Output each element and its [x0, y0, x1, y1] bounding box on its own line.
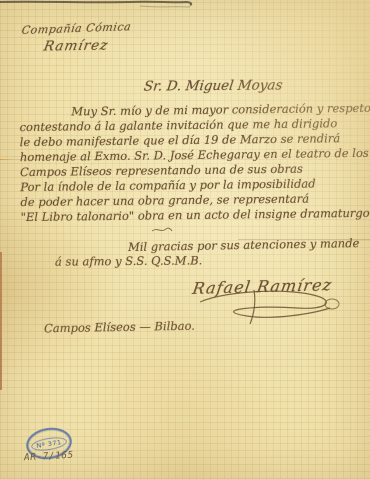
scan-edge-mark — [0, 0, 370, 12]
closing-line: Mil gracias por sus atenciones y mande — [128, 236, 360, 254]
body-line: "El Libro talonario" obra en un acto del… — [21, 206, 359, 225]
ink-flourish — [150, 226, 174, 234]
closing-line: á su afmo y S.S. Q.S.M.B. — [55, 253, 202, 268]
scan-edge-left — [0, 252, 2, 390]
letterhead-company: Compañía Cómica — [21, 20, 132, 37]
signature-flourish — [192, 288, 342, 324]
venue-line: Campos Elíseos — Bilbao. — [44, 319, 195, 336]
archive-reference-note: AR-7/165 — [24, 450, 74, 464]
salutation: Sr. D. Miguel Moyas — [143, 77, 284, 94]
letterhead-name: Ramírez — [42, 37, 110, 54]
letter-page: Compañía Cómica Ramírez Sr. D. Miguel Mo… — [0, 0, 370, 479]
letter-body: Muy Sr. mío y de mi mayor consideración … — [19, 101, 358, 225]
